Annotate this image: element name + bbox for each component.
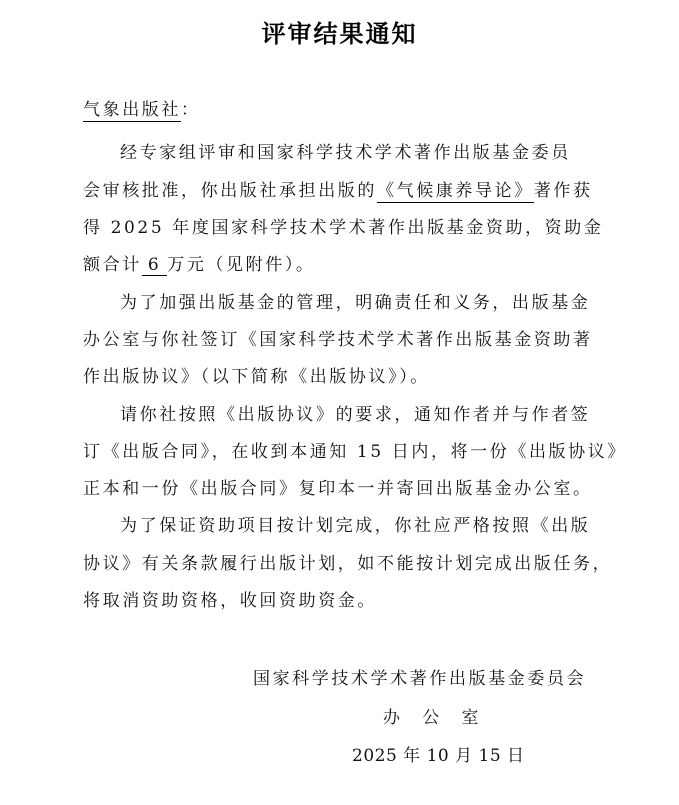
paragraph-2-line-1: 为了加强出版基金的管理，明确责任和义务，出版基金 xyxy=(120,292,590,314)
text-segment: 额合计 xyxy=(83,255,142,275)
signature-office: 办 公 室 xyxy=(383,703,481,728)
text-segment: 会审核批准，你出版社承担出版的 xyxy=(83,181,377,201)
grant-amount: 6 xyxy=(142,255,167,276)
signature-organization: 国家科学技术学术著作出版基金委员会 xyxy=(253,664,586,689)
addressee: 气象出版社 xyxy=(83,100,181,122)
paragraph-1-line-3: 得 2025 年度国家科学技术学术著作出版基金资助，资助金 xyxy=(83,217,603,239)
paragraph-1-line-2: 会审核批准，你出版社承担出版的《气候康养导论》著作获 xyxy=(83,180,593,202)
book-title: 《气候康养导论》 xyxy=(377,181,534,203)
paragraph-3-line-1: 请你社按照《出版协议》的要求，通知作者并与作者签 xyxy=(120,404,590,426)
notice-title: 评审结果通知 xyxy=(0,14,679,49)
paragraph-1-line-4: 额合计6万元（见附件）。 xyxy=(83,254,316,276)
text-segment: 著作获 xyxy=(534,181,593,201)
addressee-colon: ： xyxy=(181,100,201,120)
paragraph-3-line-2: 订《出版合同》，在收到本通知 15 日内，将一份《出版协议》 xyxy=(83,441,627,463)
paragraph-2-line-3: 作出版协议》（以下简称《出版协议》）。 xyxy=(83,366,430,388)
paragraph-3-line-3: 正本和一份《出版合同》复印本一并寄回出版基金办公室。 xyxy=(83,478,593,500)
paragraph-4-line-3: 将取消资助资格，收回资助资金。 xyxy=(83,590,377,612)
text-segment: 万元（见附件）。 xyxy=(167,255,315,275)
paragraph-2-line-2: 办公室与你社签订《国家科学技术学术著作出版基金资助著 xyxy=(83,329,593,351)
paragraph-4-line-1: 为了保证资助项目按计划完成，你社应严格按照《出版 xyxy=(120,515,590,537)
addressee-line: 气象出版社： xyxy=(83,99,201,121)
signature-date: 2025 年 10 月 15 日 xyxy=(352,741,525,766)
paragraph-4-line-2: 协议》有关条款履行出版计划，如不能按计划完成出版任务， xyxy=(83,553,612,575)
paragraph-1-line-1: 经专家组评审和国家科学技术学术著作出版基金委员 xyxy=(120,142,571,164)
